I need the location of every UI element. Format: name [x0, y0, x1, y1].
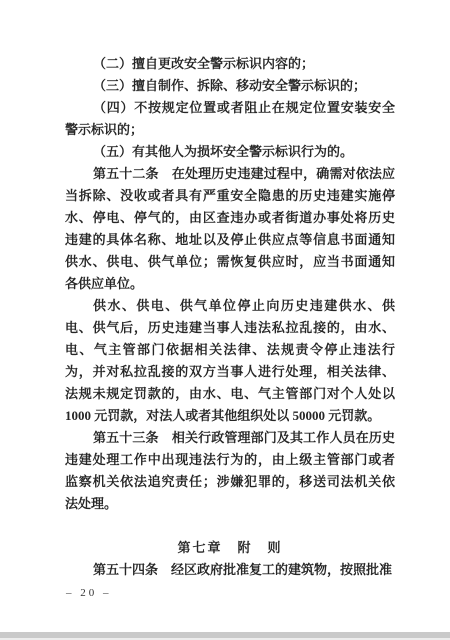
text-line: 法规未规定罚款的，由水、电、气主管部门对个人处以 [65, 383, 395, 405]
text-line: 电、供气后，历史违建当事人违法私拉乱接的，由水、 [65, 317, 395, 339]
text-line: 供水、供电、供气单位；需恢复供应时，应当书面通知 [65, 251, 395, 273]
text-line: 供水、供电、供气单位停止向历史违建供水、供 [65, 295, 395, 317]
page-number: – 20 – [66, 586, 112, 600]
text-line: 为，并对私拉乱接的双方当事人进行处理，相关法律、 [65, 361, 395, 383]
text-line: 各供应单位。 [65, 273, 395, 295]
document-page: （二）擅自更改安全警示标识内容的； （三）擅自制作、拆除、移动安全警示标识的； … [0, 0, 450, 632]
document-viewer[interactable]: （二）擅自更改安全警示标识内容的； （三）擅自制作、拆除、移动安全警示标识的； … [0, 0, 450, 640]
text-line: （三）擅自制作、拆除、移动安全警示标识的； [65, 75, 395, 97]
text-line: 第五十三条 相关行政管理部门及其工作人员在历史 [65, 427, 395, 449]
text-line: （二）擅自更改安全警示标识内容的； [65, 53, 395, 75]
text-line: 监察机关依法追究责任；涉嫌犯罪的，移送司法机关依 [65, 471, 395, 493]
text-line: 违建的具体名称、地址以及停止供应点等信息书面通知 [65, 229, 395, 251]
text-line: 警示标识的； [65, 119, 395, 141]
text-line: 电、气主管部门依据相关法律、法规责令停止违法行 [65, 339, 395, 361]
text-line: 第五十二条 在处理历史违建过程中，确需对依法应 [65, 163, 395, 185]
text-line: 水、停电、停气的，由区查违办或者街道办事处将历史 [65, 207, 395, 229]
text-line: 当拆除、没收或者具有严重安全隐患的历史违建实施停 [65, 185, 395, 207]
text-line: （四）不按规定位置或者阻止在规定位置安装安全 [65, 97, 395, 119]
text-line: 法处理。 [65, 493, 395, 515]
text-column: （二）擅自更改安全警示标识内容的； （三）擅自制作、拆除、移动安全警示标识的； … [65, 53, 395, 581]
text-line: 违建处理工作中出现违法行为的，由上级主管部门或者 [65, 449, 395, 471]
chapter-heading: 第七章 附 则 [65, 537, 395, 559]
text-line: （五）有其他人为损坏安全警示标识行为的。 [65, 141, 395, 163]
text-line: 1000 元罚款，对法人或者其他组织处以 50000 元罚款。 [65, 405, 395, 427]
text-line: 第五十四条 经区政府批准复工的建筑物，按照批准 [65, 559, 395, 581]
